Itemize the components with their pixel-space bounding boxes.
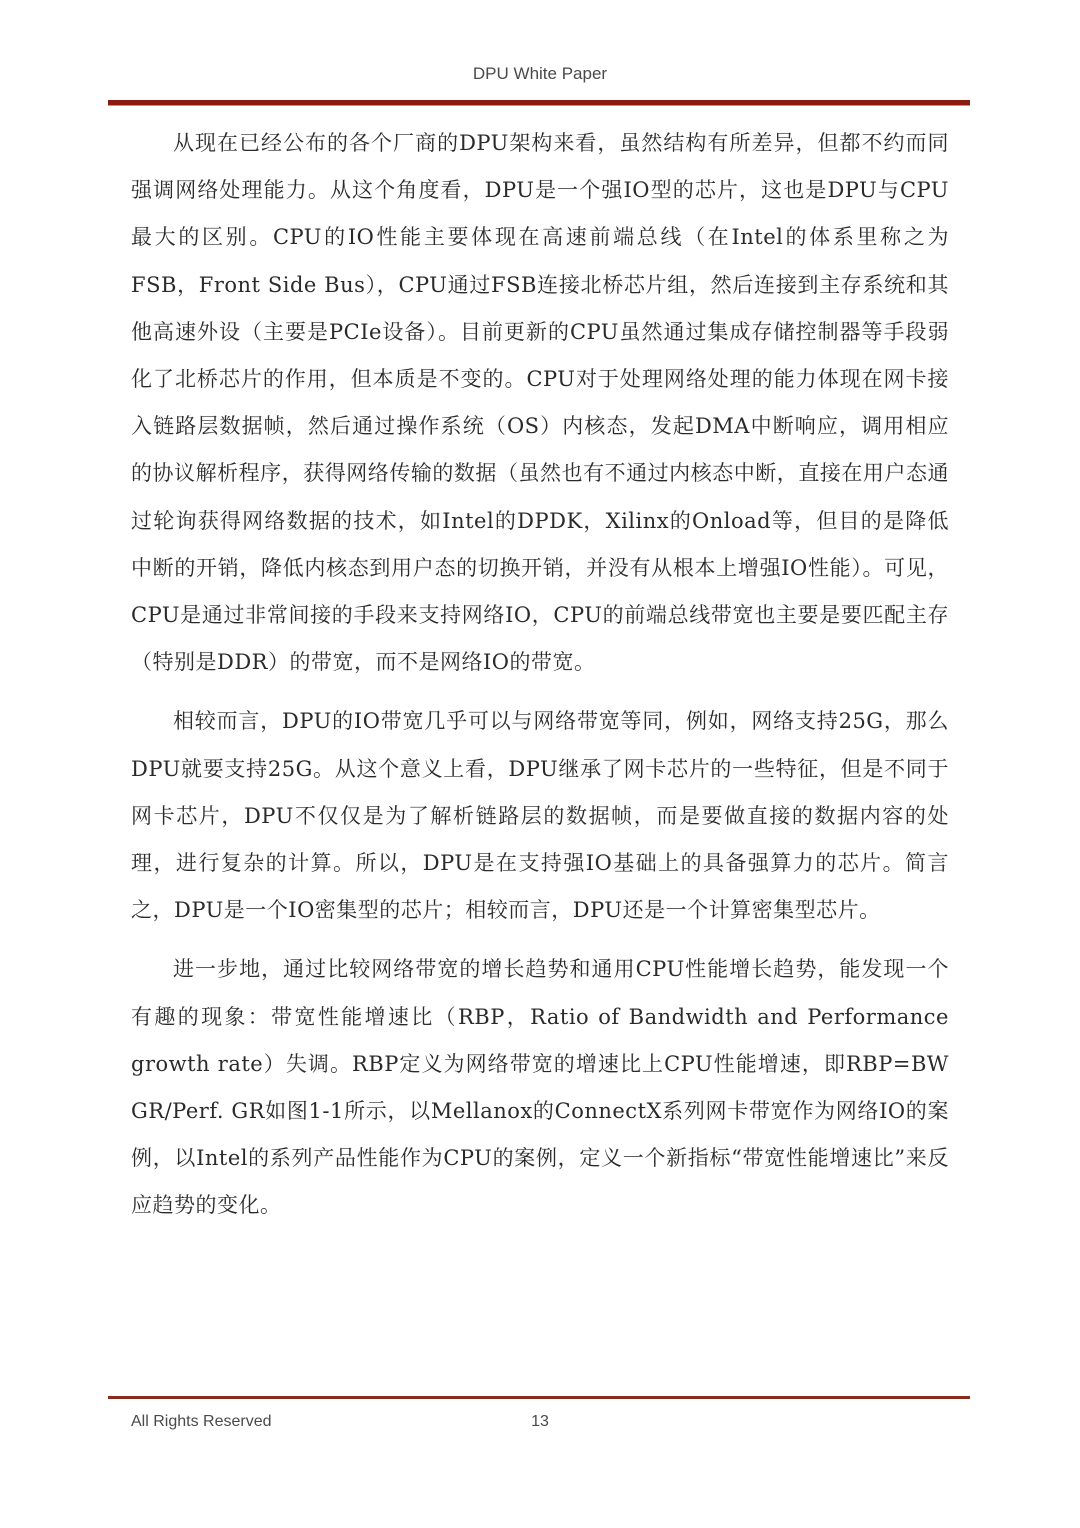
- footer-rule: [108, 1396, 970, 1399]
- header-rule: [108, 100, 970, 106]
- body-text: 从现在已经公布的各个厂商的DPU架构来看，虽然结构有所差异，但都不约而同强调网络…: [131, 120, 949, 1230]
- paragraph-dpu-bandwidth: 相较而言，DPU的IO带宽几乎可以与网络带宽等同，例如，网络支持25G，那么DP…: [131, 698, 949, 934]
- page-number: 13: [0, 1413, 1080, 1431]
- paragraph-dpu-io-vs-cpu: 从现在已经公布的各个厂商的DPU架构来看，虽然结构有所差异，但都不约而同强调网络…: [131, 120, 949, 686]
- paragraph-rbp-definition: 进一步地，通过比较网络带宽的增长趋势和通用CPU性能增长趋势，能发现一个有趣的现…: [131, 946, 949, 1229]
- running-header-title: DPU White Paper: [0, 64, 1080, 84]
